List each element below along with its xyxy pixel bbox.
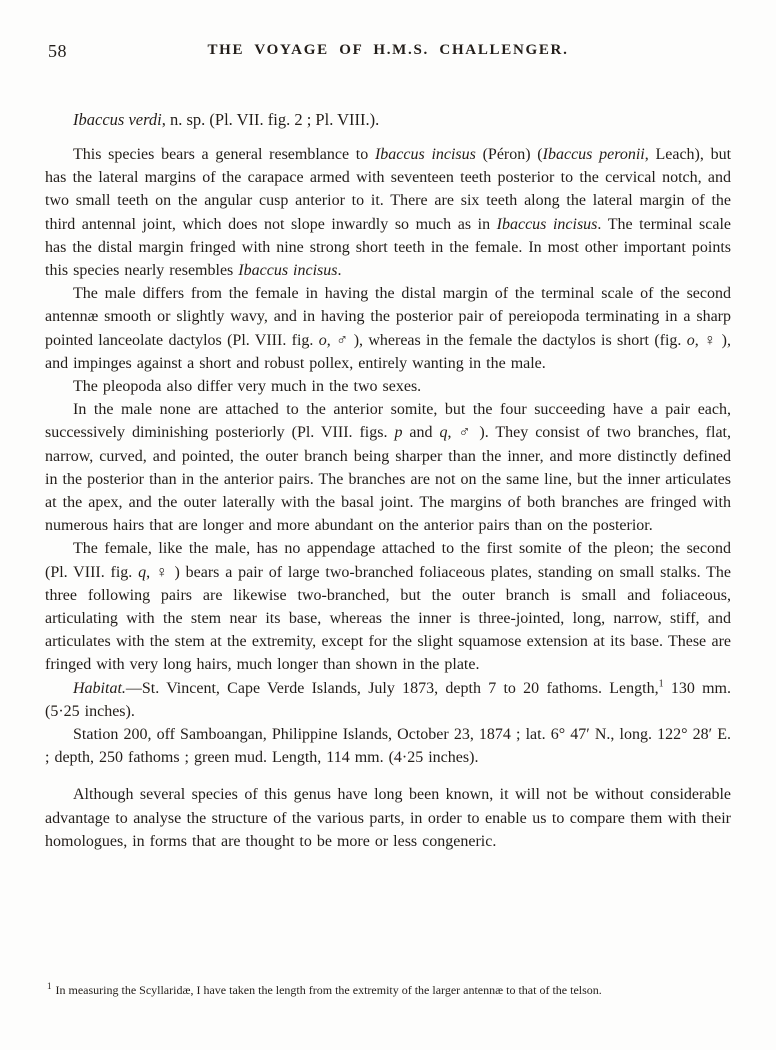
italic-text: o <box>319 332 327 349</box>
italic-text: Ibaccus verdi <box>73 110 162 129</box>
text-run: and <box>402 424 439 441</box>
italic-text: Ibaccus incisus <box>497 216 598 233</box>
text-run: , ♂ ), whereas in the female the dactylo… <box>327 332 687 349</box>
paragraph: The male differs from the female in havi… <box>45 282 731 375</box>
text-run: This species bears a general resemblance… <box>73 146 375 163</box>
paragraph: The pleopoda also differ very much in th… <box>45 375 731 398</box>
italic-text: Ibaccus incisus <box>375 146 476 163</box>
page-number: 58 <box>48 41 67 62</box>
italic-text: q <box>138 564 146 581</box>
page-body: This species bears a general resemblance… <box>45 143 731 853</box>
footnote-marker: 1 <box>47 981 52 991</box>
footnote-text: In measuring the Scyllaridæ, I have take… <box>56 983 602 997</box>
text-run: , ♀ ) bears a pair of large two-branched… <box>45 564 731 674</box>
paragraph: In the male none are attached to the ant… <box>45 398 731 537</box>
footnote: 1In measuring the Scyllaridæ, I have tak… <box>47 979 734 998</box>
paragraph: Station 200, off Samboangan, Philippine … <box>45 723 731 769</box>
paragraph: This species bears a general resemblance… <box>45 143 731 282</box>
italic-text: Habitat. <box>73 680 126 697</box>
species-heading: Ibaccus verdi, n. sp. (Pl. VII. fig. 2 ;… <box>45 108 731 131</box>
paragraph: Habitat.—St. Vincent, Cape Verde Islands… <box>45 677 731 723</box>
text-run: (Péron) ( <box>476 146 543 163</box>
text-run: The pleopoda also differ very much in th… <box>73 378 421 395</box>
text-run: —St. Vincent, Cape Verde Islands, July 1… <box>126 680 659 697</box>
book-page: 58 THE VOYAGE OF H.M.S. CHALLENGER. Ibac… <box>0 0 776 1050</box>
text-run: Station 200, off Samboangan, Philippine … <box>45 726 731 766</box>
page-header: 58 THE VOYAGE OF H.M.S. CHALLENGER. <box>45 40 731 64</box>
italic-text: Ibaccus peronii <box>543 146 645 163</box>
running-title: THE VOYAGE OF H.M.S. CHALLENGER. <box>45 40 731 59</box>
paragraph: The female, like the male, has no append… <box>45 537 731 676</box>
paragraph: Although several species of this genus h… <box>45 783 731 853</box>
italic-text: o <box>687 332 695 349</box>
italic-text: Ibaccus incisus <box>238 262 337 279</box>
text-run: , n. sp. (Pl. VII. fig. 2 ; Pl. VIII.). <box>162 110 380 129</box>
text-run: Although several species of this genus h… <box>45 786 731 849</box>
text-run: . <box>337 262 341 279</box>
